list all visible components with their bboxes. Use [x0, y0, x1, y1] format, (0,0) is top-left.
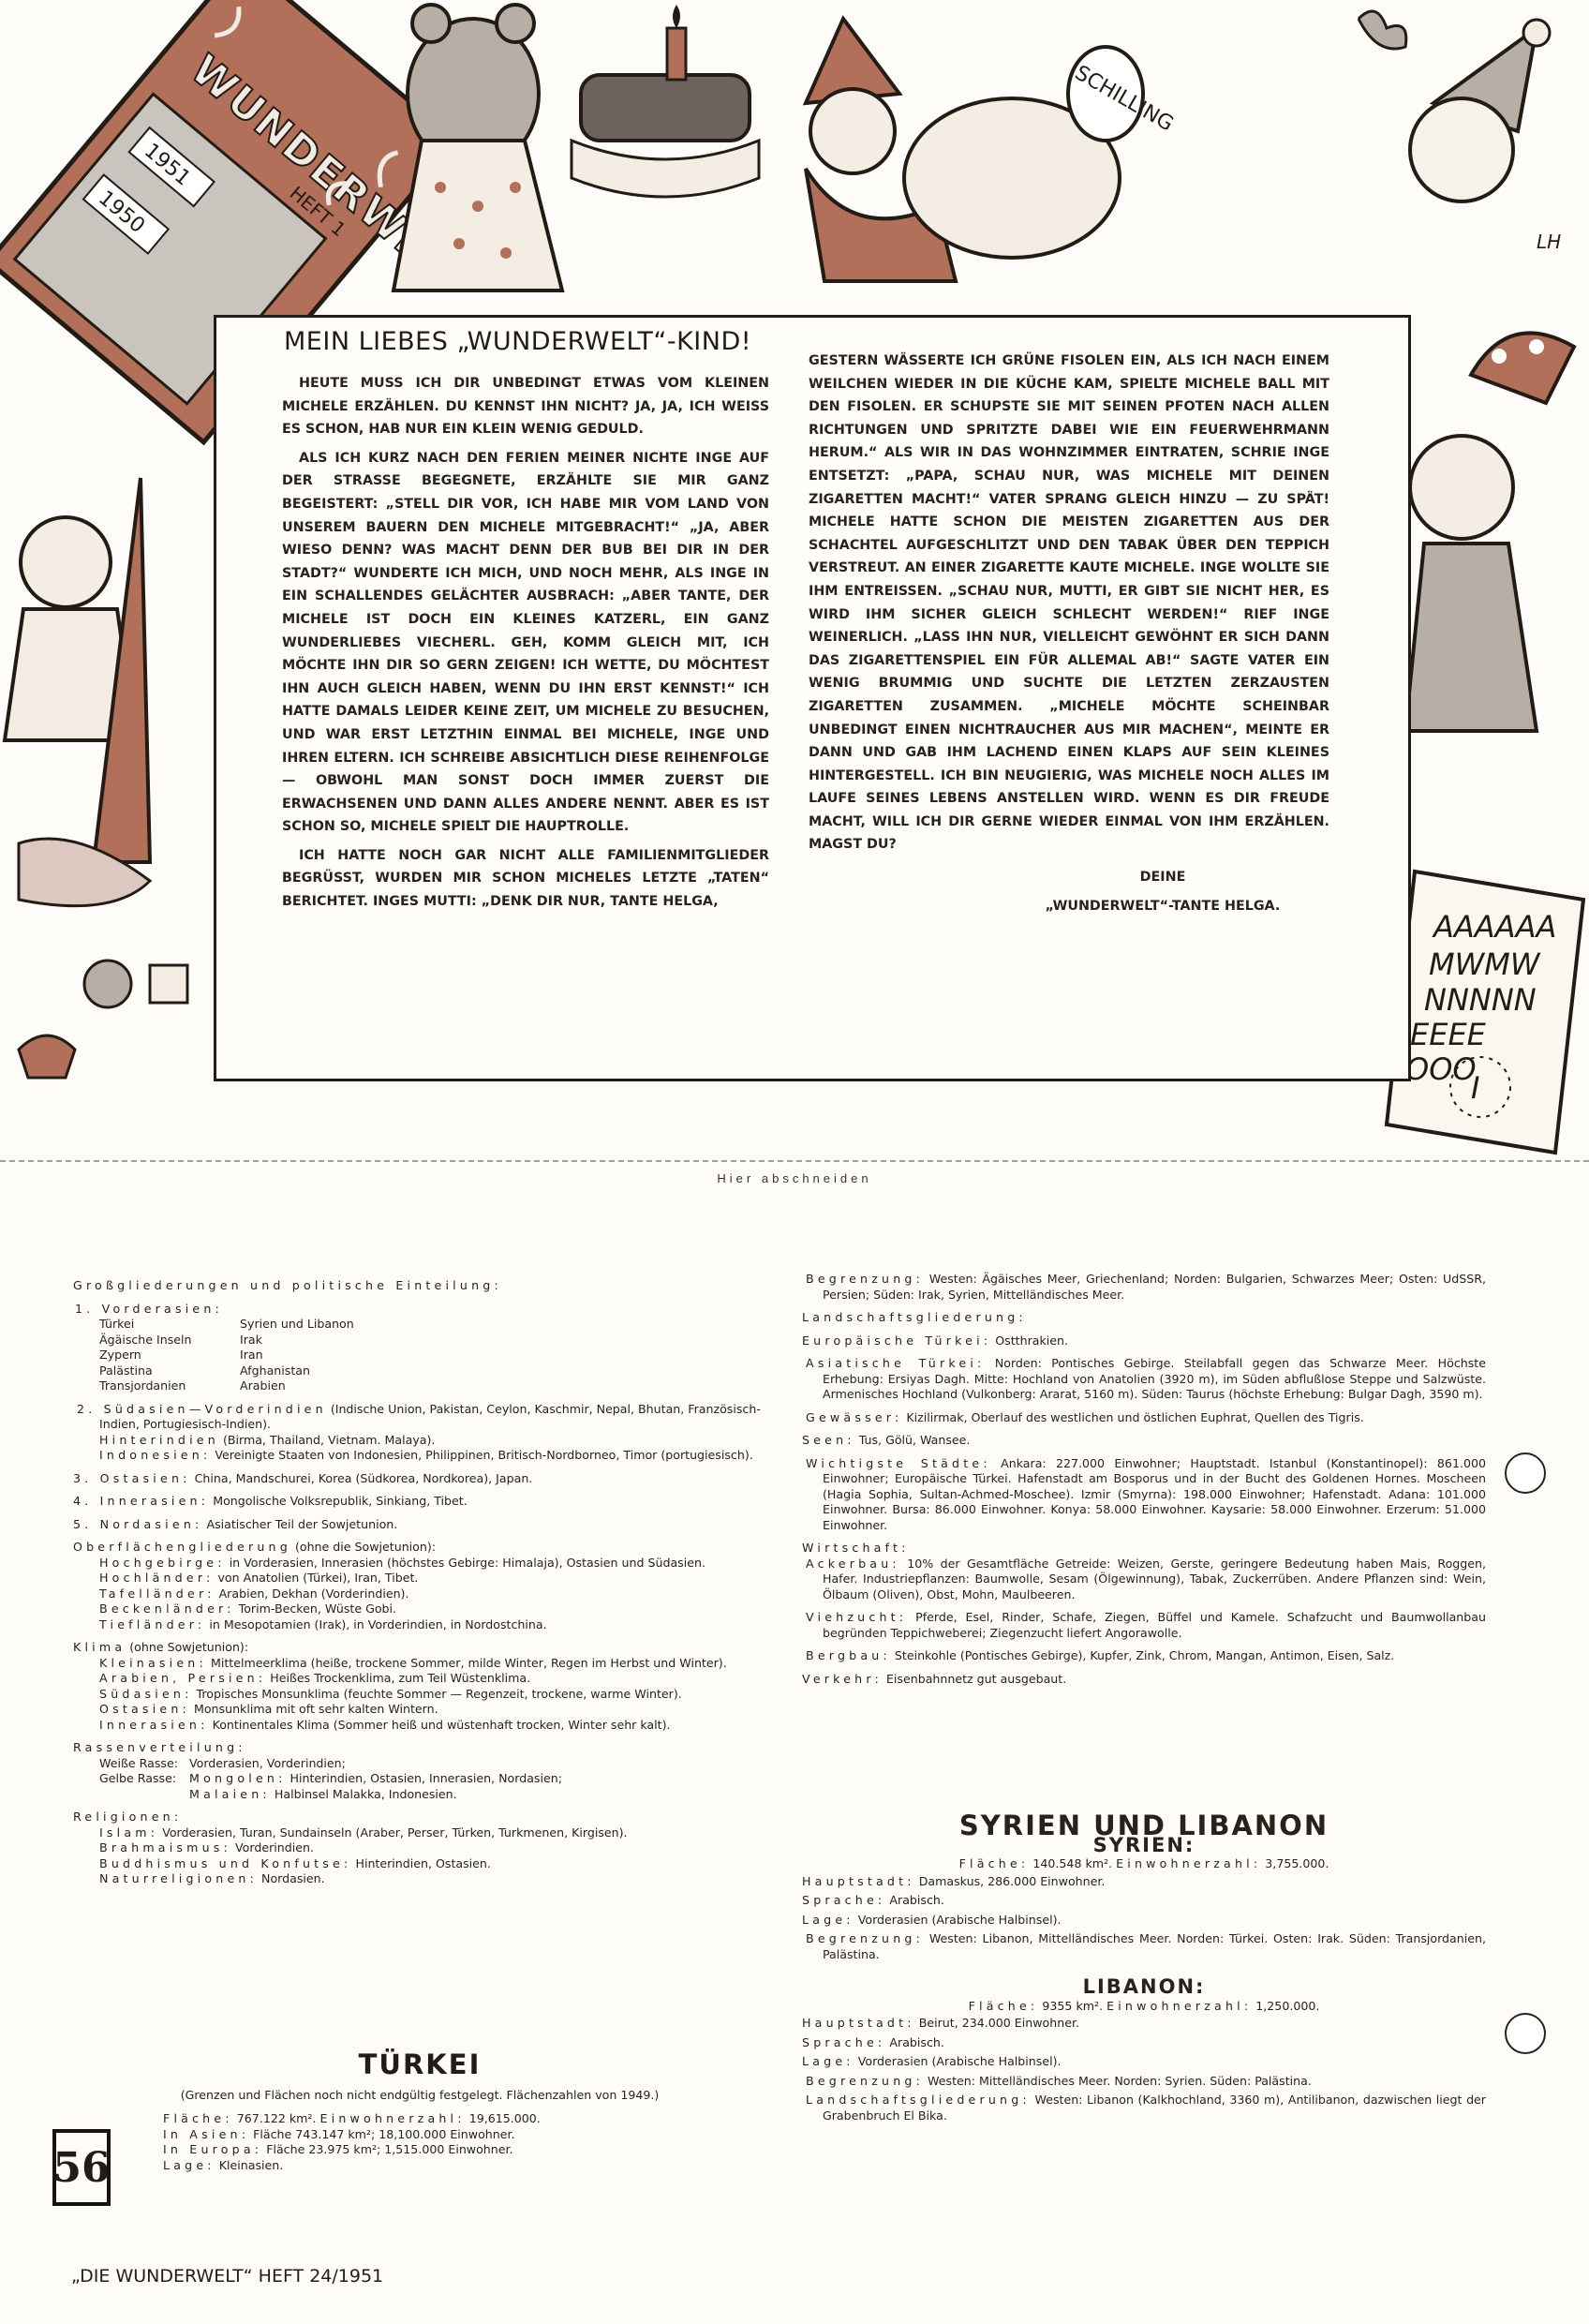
- country-name: Iran: [240, 1348, 766, 1363]
- letter-paragraph: gestern wässerte ich grüne Fisolen ein, …: [809, 350, 1329, 857]
- gross-heading: Großgliederungen und politische Einteilu…: [73, 1278, 766, 1294]
- syrien-hauptstadt: Hauptstadt: Damaskus, 286.000 Einwohner.: [802, 1874, 1486, 1890]
- bergbau: Bergbau: Steinkohle (Pontisches Gebirge)…: [802, 1648, 1486, 1664]
- svg-text:OOO: OOO: [1405, 1051, 1477, 1087]
- suedasien-entry: 2. Südasien—Vorderindien (Indische Union…: [73, 1402, 766, 1433]
- letter-paragraph: Als ich kurz nach den Ferien meiner Nich…: [282, 447, 769, 839]
- list-item: Tafelländer: Arabien, Dekhan (Vorderindi…: [73, 1587, 766, 1602]
- list-item: Naturreligionen: Nordasien.: [73, 1871, 766, 1887]
- landschaft-heading: Landschaftsgliederung:: [802, 1310, 1486, 1326]
- svg-text:I: I: [1471, 1070, 1479, 1106]
- list-item: Hochländer: von Anatolien (Türkei), Iran…: [73, 1571, 766, 1587]
- indonesien-entry: Indonesien: Vereinigte Staaten von Indon…: [73, 1448, 766, 1464]
- tuerkei-heading: TÜRKEI: [73, 2048, 766, 2080]
- svg-text:EEEE: EEEE: [1410, 1017, 1487, 1052]
- syrien-sprache: Sprache: Arabisch.: [802, 1893, 1486, 1909]
- seen: Seen: Tus, Gölü, Wansee.: [802, 1433, 1486, 1449]
- birthday-cake: [572, 5, 759, 197]
- wichtigste-staedte: Wichtigste Städte: Ankara: 227.000 Einwo…: [802, 1456, 1486, 1534]
- oberflaeche-list: Hochgebirge: in Vorderasien, Innerasien …: [73, 1556, 766, 1633]
- country-name: Palästina: [99, 1363, 240, 1379]
- letter-column-left: Heute muss ich dir unbedingt etwas vom k…: [282, 372, 769, 919]
- vorderasien-country-list: TürkeiSyrien und LibanonÄgäische InselnI…: [73, 1317, 766, 1394]
- list-item: Südasien: Tropisches Monsunklima (feucht…: [73, 1687, 766, 1703]
- country-name: Arabien: [240, 1378, 766, 1394]
- alphabet-book-illustration: AAAAAA MWMW NNNNN EEEE OOO I: [1387, 871, 1583, 1153]
- svg-text:MWMW: MWMW: [1429, 946, 1541, 982]
- innerasien-entry: 4. Innerasien: Mongolische Volksrepublik…: [73, 1494, 766, 1510]
- piggy-bank: SCHILLING: [904, 47, 1178, 258]
- lucky-charm-character: LH: [1359, 11, 1561, 253]
- letter-closing: DEINE: [996, 866, 1329, 889]
- bear-character: [394, 5, 562, 290]
- punch-hole-marker: [1505, 2013, 1546, 2054]
- libanon-lage: Lage: Vorderasien (Arabische Halbinsel).: [802, 2054, 1486, 2070]
- verkehr: Verkehr: Eisenbahnnetz gut ausgebaut.: [802, 1672, 1486, 1688]
- country-name: Türkei: [99, 1317, 240, 1333]
- klima-heading: Klima (ohne Sowjetunion):: [73, 1640, 766, 1656]
- svg-text:LH: LH: [1537, 231, 1561, 253]
- tuerkei-note: (Grenzen und Flächen noch nicht endgülti…: [73, 2088, 766, 2104]
- europaeische-tuerkei: Europäische Türkei: Ostthrakien.: [802, 1333, 1486, 1349]
- letter-paragraph: Heute muss ich dir unbedingt etwas vom k…: [282, 372, 769, 441]
- libanon-sprache: Sprache: Arabisch.: [802, 2035, 1486, 2051]
- rassen-list: Weiße Rasse:Vorderasien, Vorderindien; G…: [73, 1756, 766, 1803]
- letter-paragraph: Ich hatte noch gar nicht alle Familienmi…: [282, 844, 769, 914]
- mushroom-character: [1405, 333, 1574, 731]
- svg-text:NNNNN: NNNNN: [1424, 982, 1537, 1018]
- country-name: Afghanistan: [240, 1363, 766, 1379]
- list-item: Ostasien: Monsunklima mit oft sehr kalte…: [73, 1702, 766, 1718]
- country-name: Syrien und Libanon: [240, 1317, 766, 1333]
- libanon-begrenzung: Begrenzung: Westen: Mittelländisches Mee…: [802, 2074, 1486, 2090]
- list-item: Arabien, Persien: Heißes Trockenklima, z…: [73, 1671, 766, 1687]
- letter-signature: „WUNDERWELT“-TANTE HELGA.: [996, 895, 1329, 918]
- list-item: Brahmaismus: Vorderindien.: [73, 1840, 766, 1856]
- klima-list: Kleinasien: Mittelmeerklima (heiße, troc…: [73, 1656, 766, 1734]
- hinterindien-entry: Hinterindien (Birma, Thailand, Vietnam. …: [73, 1433, 766, 1449]
- list-item: Tiefländer: in Mesopotamien (Irak), in V…: [73, 1617, 766, 1633]
- tuerkei-details-section: Begrenzung: Westen: Ägäisches Meer, Grie…: [802, 1272, 1486, 1694]
- syrien-begrenzung: Begrenzung: Westen: Libanon, Mittelländi…: [802, 1931, 1486, 1962]
- religion-list: Islam: Vorderasien, Turan, Sundainseln (…: [73, 1825, 766, 1887]
- syrien-libanon-heading: SYRIEN UND LIBANON: [802, 1818, 1486, 1834]
- syrien-libanon-section: SYRIEN UND LIBANON SYRIEN: Fläche: 140.5…: [802, 1818, 1486, 2123]
- viehzucht: Viehzucht: Pferde, Esel, Rinder, Schafe,…: [802, 1610, 1486, 1641]
- letter-title: MEIN LIEBES „WUNDERWELT“-KIND!: [284, 327, 751, 356]
- svg-text:AAAAAA: AAAAAA: [1432, 909, 1556, 945]
- oberflaeche-heading: Oberflächengliederung (ohne die Sowjetun…: [73, 1540, 766, 1556]
- country-name: Ägäische Inseln: [99, 1333, 240, 1348]
- list-item: Innerasien: Kontinentales Klima (Sommer …: [73, 1718, 766, 1734]
- syrien-heading: SYRIEN:: [802, 1838, 1486, 1854]
- asia-overview-section: Großgliederungen und politische Einteilu…: [73, 1278, 766, 1887]
- page-number-badge: 56: [52, 2129, 111, 2206]
- country-name: Transjordanien: [99, 1378, 240, 1394]
- gewaesser: Gewässer: Kizilirmak, Oberlauf des westl…: [802, 1410, 1486, 1426]
- nordasien-entry: 5. Nordasien: Asiatischer Teil der Sowje…: [73, 1517, 766, 1533]
- country-name: Irak: [240, 1333, 766, 1348]
- country-name: Zypern: [99, 1348, 240, 1363]
- asiatische-tuerkei: Asiatische Türkei: Norden: Pontisches Ge…: [802, 1356, 1486, 1403]
- vorderasien-label: 1. Vorderasien:: [73, 1302, 766, 1318]
- ackerbau: Ackerbau: 10% der Gesamtfläche Getreide:…: [802, 1557, 1486, 1603]
- libanon-landschaft: Landschaftsgliederung: Westen: Libanon (…: [802, 2093, 1486, 2123]
- cut-line-label: Hier abschneiden: [0, 1171, 1589, 1185]
- magazine-footer: „DIE WUNDERWELT“ HEFT 24/1951: [71, 2266, 383, 2287]
- rassen-heading: Rassenverteilung:: [73, 1740, 766, 1756]
- religion-heading: Religionen:: [73, 1810, 766, 1825]
- letter-panel: MEIN LIEBES „WUNDERWELT“-KIND! Heute mus…: [214, 315, 1411, 1081]
- syrien-lage: Lage: Vorderasien (Arabische Halbinsel).: [802, 1913, 1486, 1929]
- ostasien-entry: 3. Ostasien: China, Mandschurei, Korea (…: [73, 1471, 766, 1487]
- tuerkei-begrenzung: Begrenzung: Westen: Ägäisches Meer, Grie…: [802, 1272, 1486, 1303]
- list-item: Buddhismus und Konfutse: Hinterindien, O…: [73, 1856, 766, 1872]
- syrien-key-figures: Fläche: 140.548 km². Einwohnerzahl: 3,75…: [802, 1856, 1486, 1872]
- boy-character: [5, 478, 150, 906]
- list-item: Beckenländer: Torim-Becken, Wüste Gobi.: [73, 1601, 766, 1617]
- tuerkei-key-figures: Fläche: 767.122 km². Einwohnerzahl: 19,6…: [163, 2111, 763, 2173]
- letter-column-right: gestern wässerte ich grüne Fisolen ein, …: [809, 350, 1329, 923]
- toys-illustration: [19, 961, 187, 1078]
- list-item: Kleinasien: Mittelmeerklima (heiße, troc…: [73, 1656, 766, 1672]
- wirtschaft-heading: Wirtschaft:: [802, 1541, 1486, 1557]
- list-item: Hochgebirge: in Vorderasien, Innerasien …: [73, 1556, 766, 1572]
- list-item: Islam: Vorderasien, Turan, Sundainseln (…: [73, 1825, 766, 1841]
- cut-line: [0, 1160, 1589, 1162]
- libanon-hauptstadt: Hauptstadt: Beirut, 234.000 Einwohner.: [802, 2016, 1486, 2032]
- punch-hole-marker: [1505, 1452, 1546, 1494]
- libanon-heading: LIBANON:: [802, 1979, 1486, 1995]
- libanon-key-figures: Fläche: 9355 km². Einwohnerzahl: 1,250.0…: [802, 1999, 1486, 2015]
